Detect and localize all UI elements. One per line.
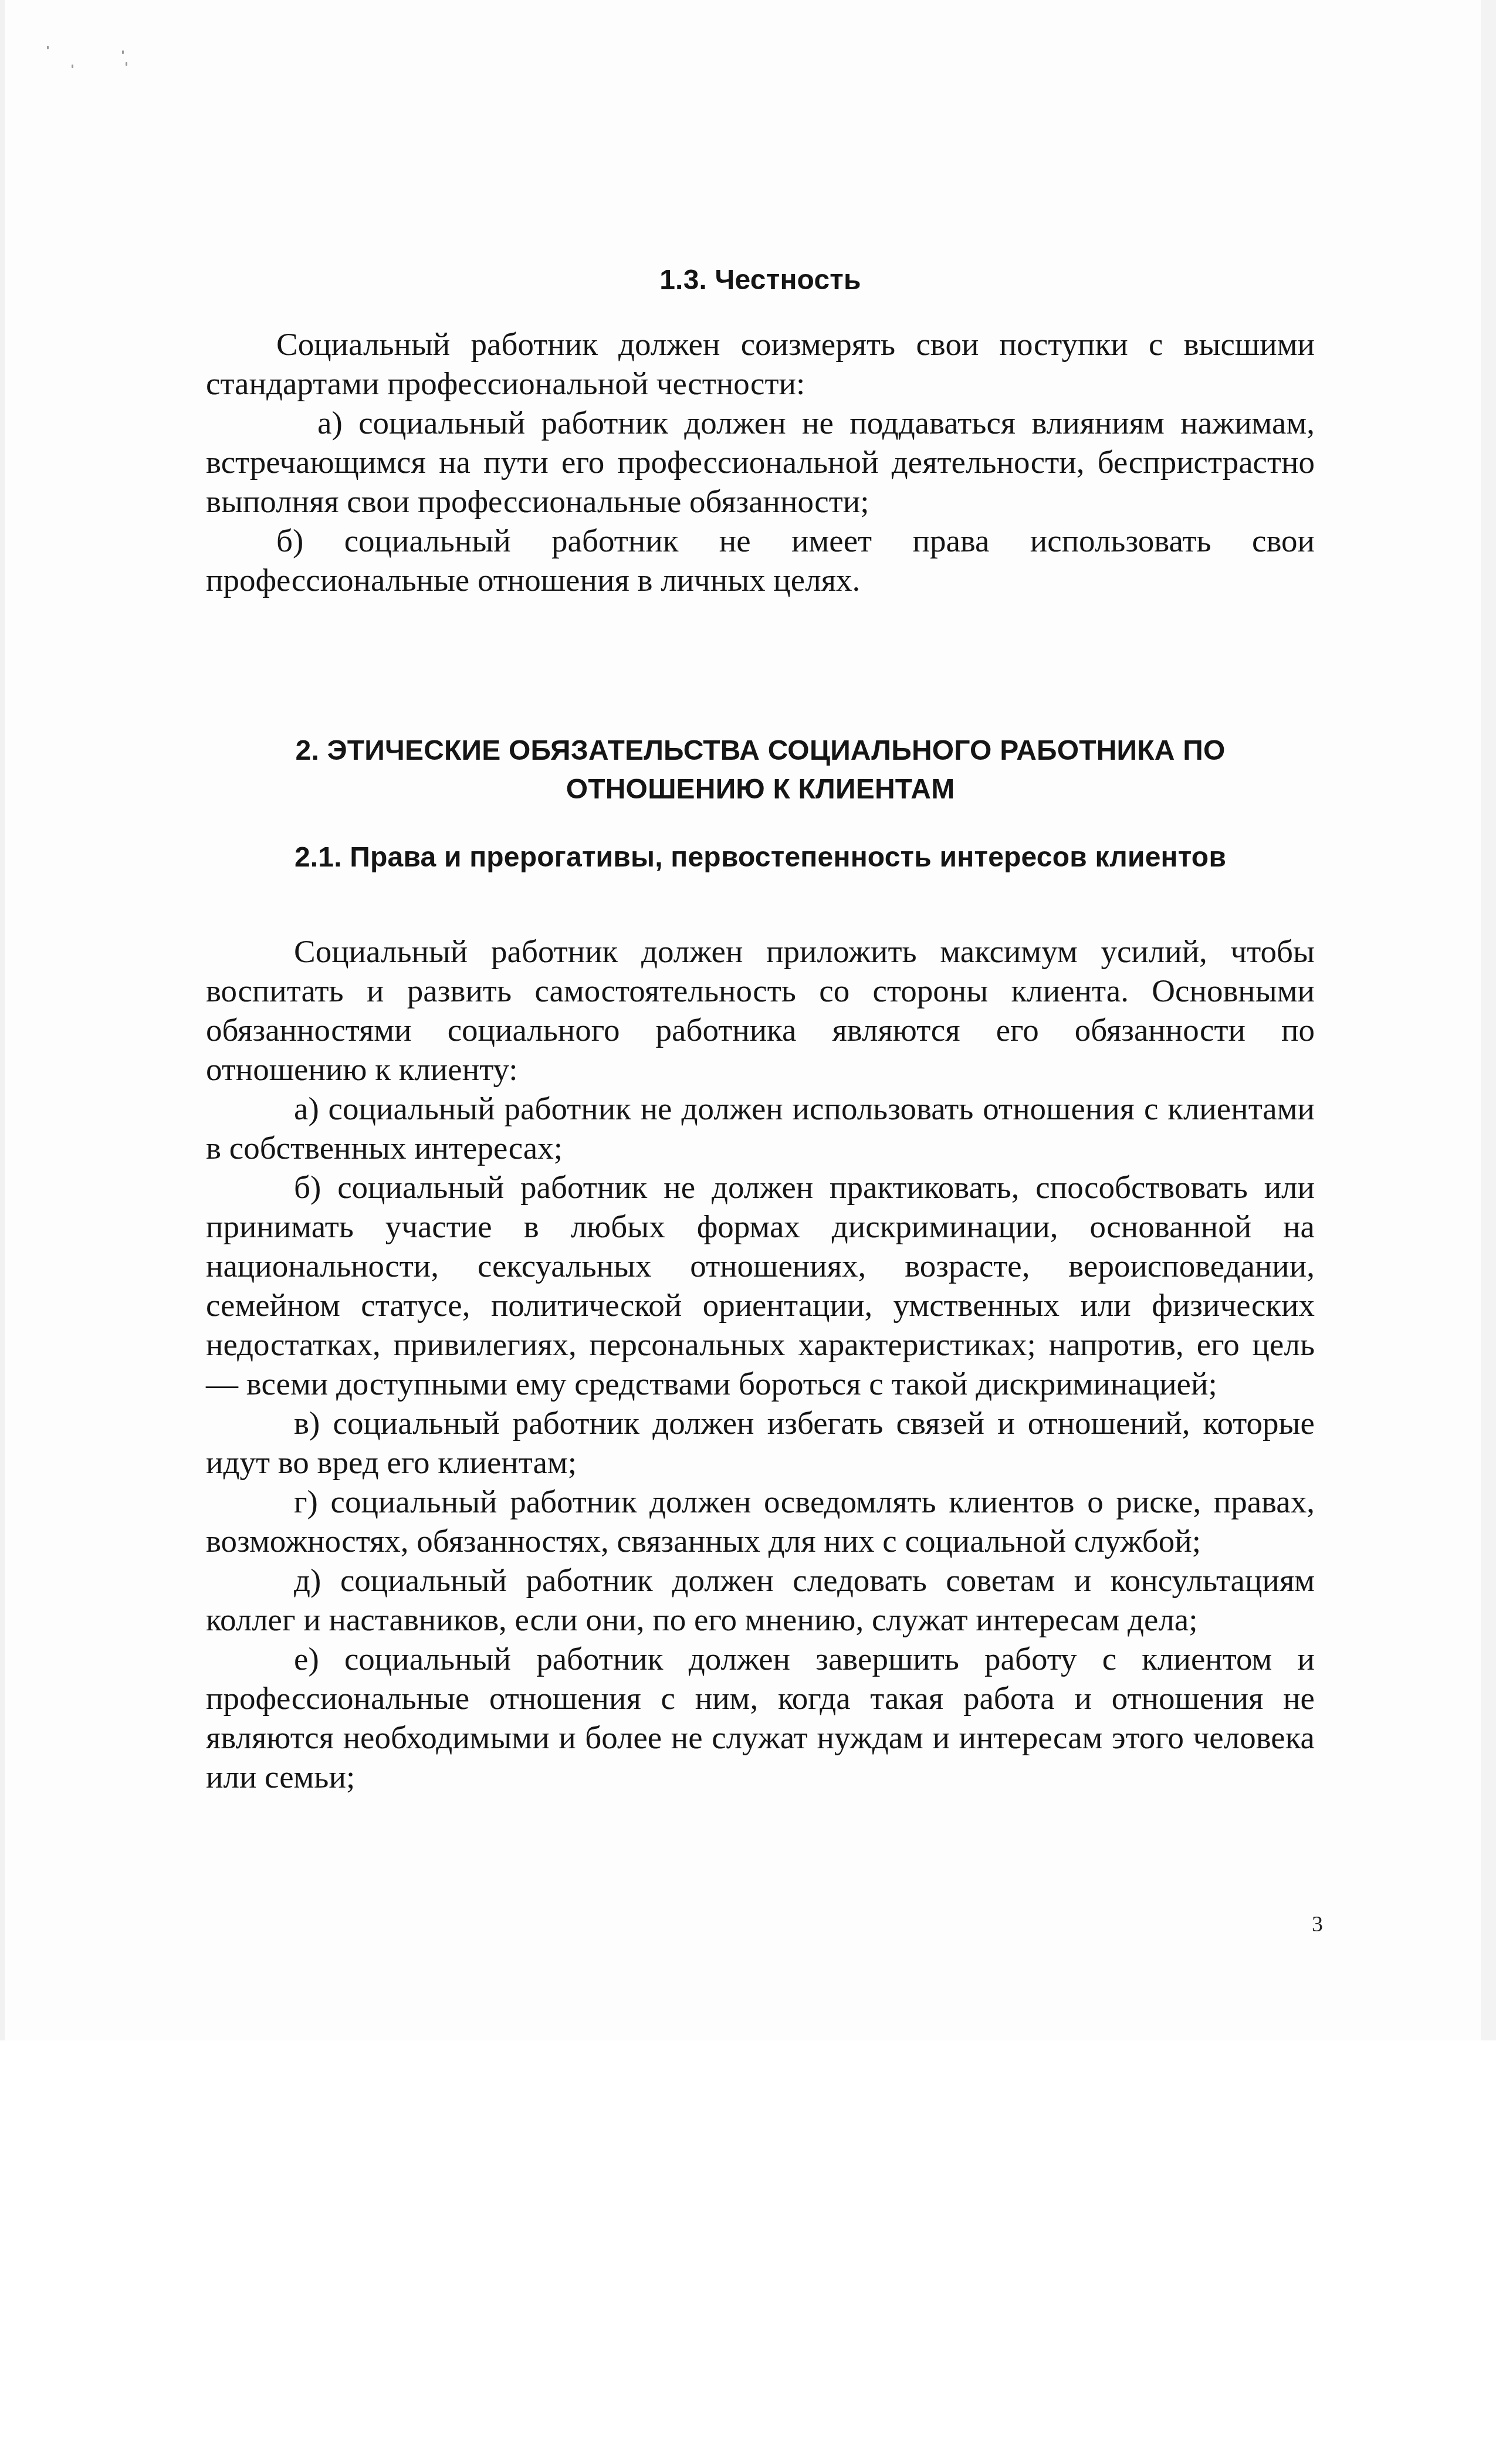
scan-speck (72, 65, 73, 68)
scan-speck (126, 62, 127, 66)
list-item: б) социальный работник не имеет права ис… (206, 521, 1315, 600)
scan-artifacts (40, 41, 157, 76)
paragraph: Социальный работник должен приложить мак… (206, 932, 1315, 1089)
list-item: г) социальный работник должен осведомлят… (206, 1482, 1315, 1561)
section-heading: 1.3. Честность (206, 261, 1315, 300)
paragraph: Социальный работник должен соизмерять св… (206, 324, 1315, 403)
scan-speck (47, 46, 49, 49)
scanned-page: 1.3. Честность Социальный работник долже… (0, 0, 1496, 2040)
scan-speck (122, 50, 124, 54)
list-item: а) социальный работник не должен использ… (206, 1089, 1315, 1167)
page-number: 3 (1312, 1911, 1323, 1937)
subsection-heading: 2.1. Права и прерогативы, первостепеннос… (206, 838, 1315, 877)
list-item: в) социальный работник должен избегать с… (206, 1403, 1315, 1482)
list-item: б) социальный работник не должен практик… (206, 1167, 1315, 1403)
list-item: д) социальный работник должен следовать … (206, 1561, 1315, 1639)
section-1-3: 1.3. Честность Социальный работник долже… (206, 261, 1315, 600)
section-2: 2. ЭТИЧЕСКИЕ ОБЯЗАТЕЛЬСТВА СОЦИАЛЬНОГО Р… (206, 732, 1315, 877)
list-item: е) социальный работник должен завершить … (206, 1639, 1315, 1796)
scan-edge (1481, 0, 1496, 2040)
chapter-heading: 2. ЭТИЧЕСКИЕ ОБЯЗАТЕЛЬСТВА СОЦИАЛЬНОГО Р… (206, 732, 1315, 809)
list-item: а) социальный работник должен не поддава… (206, 403, 1315, 521)
section-2-1-body: Социальный работник должен приложить мак… (206, 932, 1315, 1796)
